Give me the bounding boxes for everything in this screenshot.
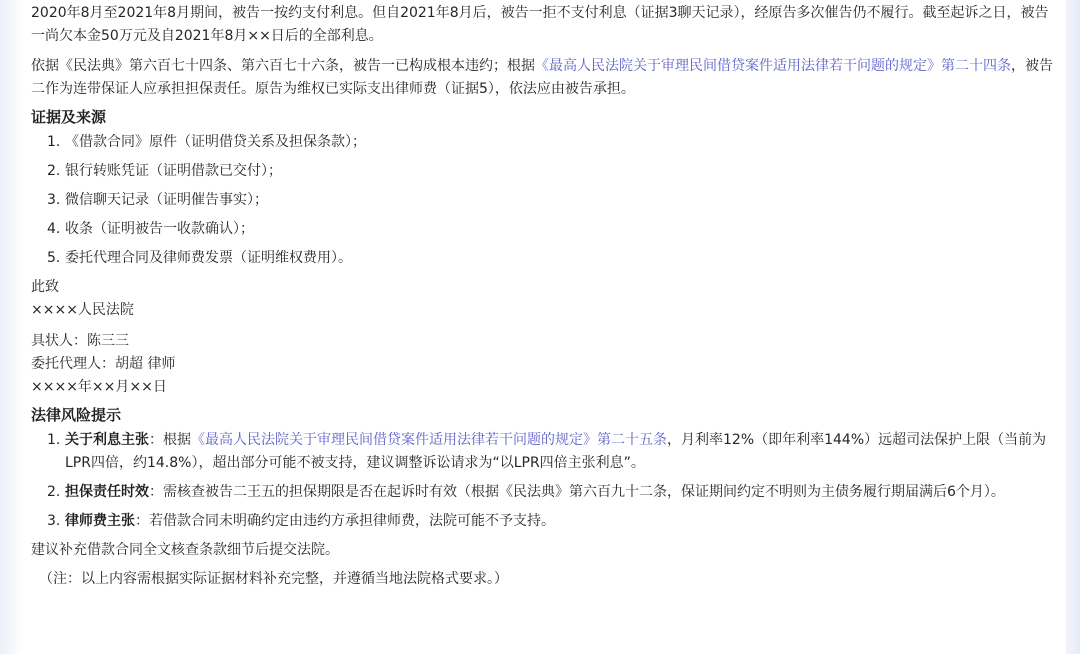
evidence-section-title: 证据及来源 <box>31 106 1061 129</box>
right-scroll-strip <box>1066 0 1080 654</box>
signature-date: ××××年××月××日 <box>31 376 1061 399</box>
evidence-item-number: 1. <box>47 131 65 154</box>
evidence-item: 3.微信聊天记录（证明催告事实）； <box>31 189 1061 212</box>
evidence-item: 2.银行转账凭证（证明借款已交付）； <box>31 160 1061 183</box>
evidence-item-number: 5. <box>47 247 65 270</box>
evidence-item-number: 3. <box>47 189 65 212</box>
salutation: 此致 <box>31 276 1061 299</box>
evidence-item: 5.委托代理合同及律师费发票（证明维权费用）。 <box>31 247 1061 270</box>
risk-item: 2. 担保责任时效：需核查被告二王五的担保期限是否在起诉时有效（根据《民法典》第… <box>31 481 1061 504</box>
regulation-link-article-25[interactable]: 《最高人民法院关于审理民间借贷案件适用法律若干问题的规定》第二十五条 <box>191 432 667 448</box>
document-content: 2020年8月至2021年8月期间，被告一按约支付利息。但自2021年8月后，被… <box>31 0 1061 591</box>
risk-item-prefix: ：需核查被告二王五的担保期限是否在起诉时有效（根据《民法典》第六百九十二条，保证… <box>149 484 1005 500</box>
facts-paragraph-1: 2020年8月至2021年8月期间，被告一按约支付利息。但自2021年8月后，被… <box>31 2 1061 48</box>
evidence-item-text: 收条（证明被告一收款确认）； <box>65 218 1061 241</box>
plaintiff-signature: 具状人：陈三三 <box>31 330 1061 353</box>
left-edge-background <box>0 0 22 654</box>
note-text: （注：以上内容需根据实际证据材料补充完整，并遵循当地法院格式要求。） <box>31 568 1061 591</box>
evidence-list: 1.《借款合同》原件（证明借贷关系及担保条款）； 2.银行转账凭证（证明借款已交… <box>31 131 1061 270</box>
evidence-item-text: 银行转账凭证（证明借款已交付）； <box>65 160 1061 183</box>
risk-item: 1. 关于利息主张：根据《最高人民法院关于审理民间借贷案件适用法律若干问题的规定… <box>31 429 1061 475</box>
regulation-link-article-24[interactable]: 《最高人民法院关于审理民间借贷案件适用法律若干问题的规定》第二十四条 <box>535 58 1011 74</box>
evidence-item-text: 委托代理合同及律师费发票（证明维权费用）。 <box>65 247 1061 270</box>
legal-basis-text: 依据《民法典》第六百七十四条、第六百七十六条，被告一已构成根本违约；根据 <box>31 58 535 74</box>
evidence-item-number: 4. <box>47 218 65 241</box>
risk-item-label: 关于利息主张 <box>65 432 149 448</box>
risk-item-body: 律师费主张：若借款合同未明确约定由违约方承担律师费，法院可能不予支持。 <box>65 510 1061 533</box>
evidence-item: 4.收条（证明被告一收款确认）； <box>31 218 1061 241</box>
risk-item-label: 担保责任时效 <box>65 484 149 500</box>
risk-item-prefix: ：根据 <box>149 432 191 448</box>
risk-item-body: 关于利息主张：根据《最高人民法院关于审理民间借贷案件适用法律若干问题的规定》第二… <box>65 429 1061 475</box>
court-name: ××××人民法院 <box>31 299 1061 322</box>
evidence-item: 1.《借款合同》原件（证明借贷关系及担保条款）； <box>31 131 1061 154</box>
risk-item-number: 1. <box>47 429 65 475</box>
risk-item-body: 担保责任时效：需核查被告二王五的担保期限是否在起诉时有效（根据《民法典》第六百九… <box>65 481 1061 504</box>
risk-item-prefix: ：若借款合同未明确约定由违约方承担律师费，法院可能不予支持。 <box>135 513 555 529</box>
facts-paragraph-2: 依据《民法典》第六百七十四条、第六百七十六条，被告一已构成根本违约；根据《最高人… <box>31 55 1061 101</box>
risk-section-title: 法律风险提示 <box>31 404 1061 427</box>
risk-item: 3. 律师费主张：若借款合同未明确约定由违约方承担律师费，法院可能不予支持。 <box>31 510 1061 533</box>
evidence-item-text: 《借款合同》原件（证明借贷关系及担保条款）； <box>65 131 1061 154</box>
advice-text: 建议补充借款合同全文核查条款细节后提交法院。 <box>31 539 1061 562</box>
evidence-item-number: 2. <box>47 160 65 183</box>
agent-signature: 委托代理人：胡超 律师 <box>31 353 1061 376</box>
evidence-item-text: 微信聊天记录（证明催告事实）； <box>65 189 1061 212</box>
risk-item-label: 律师费主张 <box>65 513 135 529</box>
signature-block: 具状人：陈三三 委托代理人：胡超 律师 ××××年××月××日 <box>31 330 1061 399</box>
risk-item-number: 2. <box>47 481 65 504</box>
risk-item-number: 3. <box>47 510 65 533</box>
risk-list: 1. 关于利息主张：根据《最高人民法院关于审理民间借贷案件适用法律若干问题的规定… <box>31 429 1061 533</box>
